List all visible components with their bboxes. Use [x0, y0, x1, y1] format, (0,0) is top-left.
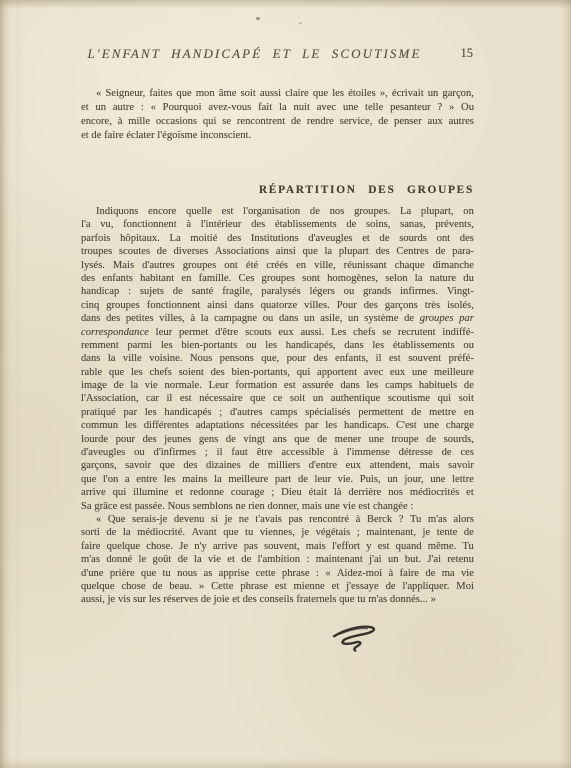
text-line: quelquechosedebeau.»Cettephraseestmienne… [81, 581, 474, 594]
text-line: «Seigneur,faitesquemonâmesoitaussiclaire… [81, 88, 474, 102]
text-line: parfoishôpitaux.LamoitiédesInstitutionsd… [81, 233, 474, 246]
text-line: lourdepourdesjeunesgensdevingtansquedeme… [81, 434, 474, 447]
page-number: 15 [461, 46, 474, 61]
paper-speck [256, 17, 260, 20]
text-line: etdefaireéclaterl'égoïsmeinconscient. [81, 130, 474, 144]
text-line: d'uneprièrequetunousasapprisecettephrase… [81, 568, 474, 581]
letter-quote-paragraph: «Queserais-jedevenusijenet'avaispasrenco… [81, 514, 474, 608]
text-line: rablequeleschefssoientdesbien-portants,q… [81, 367, 474, 380]
text-line: imagedelavienormale.Leurformationestassu… [81, 380, 474, 393]
text-line: pratiquéparleshandicapés;d'autrescampssp… [81, 407, 474, 420]
text-line: «Queserais-jedevenusijenet'avaispasrenco… [81, 514, 474, 527]
intro-quote-paragraph: «Seigneur,faitesquemonâmesoitaussiclaire… [81, 88, 474, 144]
text-line: m'asdonnélegoûtdelavieetdel'ambition:mai… [81, 554, 474, 567]
text-line: sortidelamédiocrité.Avantquetuviennes,je… [81, 527, 474, 540]
section-heading: RÉPARTITION DES GROUPES [81, 184, 474, 196]
running-head: L'ENFANT HANDICAPÉ ET LE SCOUTISME 15 [81, 46, 474, 62]
text-line: desenfantshabitantenfamille.Cesgroupesso… [81, 273, 474, 286]
text-line: dansdespetitesvilles,àlacampagneoudansun… [81, 313, 474, 326]
body-paragraph: Indiquonsencorequelleestl'organisationde… [81, 206, 474, 514]
text-line: cinqgroupesfonctionnentainsidansquatorze… [81, 300, 474, 313]
text-line: aussi,jevissurlesréservesdejoieetdescons… [81, 594, 474, 607]
text-line: remmentparmilesbien-portantsouleshandica… [81, 340, 474, 353]
text-line: correspondanceleurpermetd'êtrescoutseuxa… [81, 327, 474, 340]
text-line: lysés.Maisd'autresgroupesontétécréésenvi… [81, 260, 474, 273]
paper-speck [299, 22, 302, 24]
text-line: Sagrâceestpassée.Noussemblonsneriendonne… [81, 501, 474, 514]
text-line: fairequelquechose.Jen'yarrivepassouvent,… [81, 541, 474, 554]
scribble-flourish-icon [329, 623, 382, 664]
text-line: Indiquonsencorequelleestl'organisationde… [81, 206, 474, 219]
running-head-title: L'ENFANT HANDICAPÉ ET LE SCOUTISME [88, 46, 422, 62]
text-line: handicap:sujetsdesantéfragile,paralysésl… [81, 286, 474, 299]
text-line: quel'onaentrelesmainslameilleurepartdele… [81, 474, 474, 487]
text-line: encore,àmilleoccasionsquiserencontrentde… [81, 116, 474, 130]
text-line: troupesscoutesdediversesAssociationsains… [81, 246, 474, 259]
text-line: d'aveuglesoud'infirmes;ilfautêtreaccessi… [81, 447, 474, 460]
book-page: L'ENFANT HANDICAPÉ ET LE SCOUTISME 15 «S… [0, 0, 571, 768]
text-line: l'avu,fonctionnentàl'intérieurdesétablis… [81, 219, 474, 232]
text-line: garçons,savoirquedesdizainesdemilliersd'… [81, 460, 474, 473]
text-line: communlesdifférentesadaptationsnécessité… [81, 420, 474, 433]
text-line: etunautre:«Pourquoiavez-vousfaitlanuitav… [81, 102, 474, 116]
text-line: l'Association,carilestnécessairequecesoi… [81, 393, 474, 406]
text-line: arrivequiillumineetredonnecourage;Dieuét… [81, 487, 474, 500]
text-line: danslavillevoisine.Nouspensonsque,pourde… [81, 353, 474, 366]
